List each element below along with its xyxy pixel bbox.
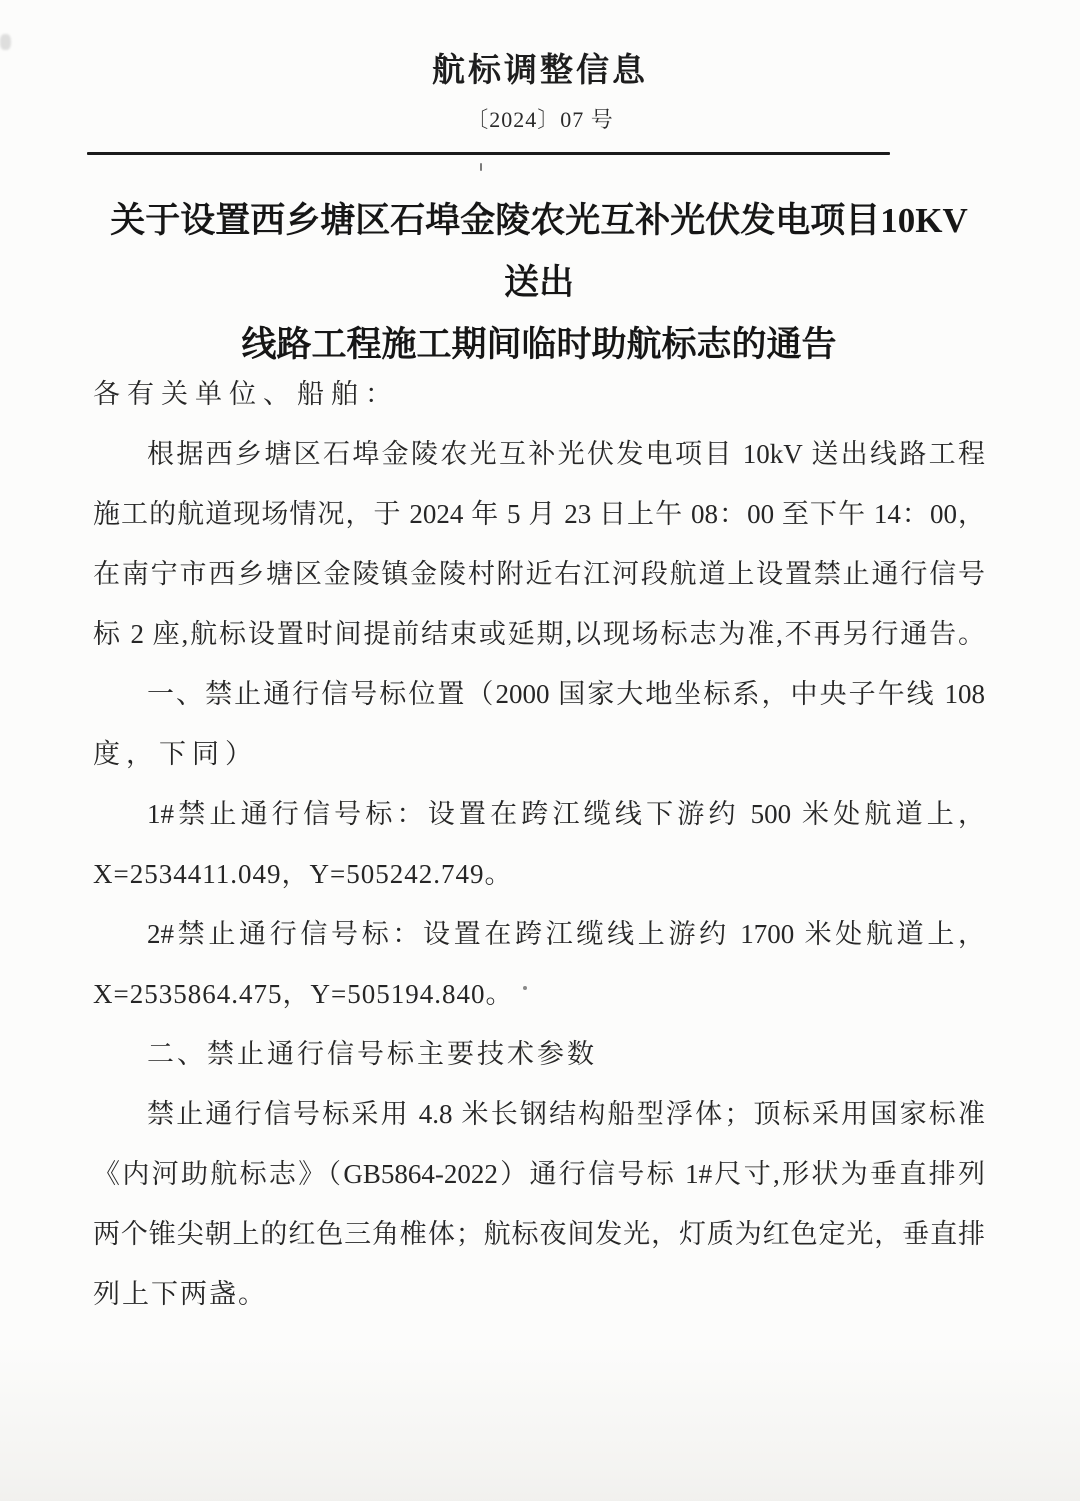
body-line-mark-2: 2#禁止通行信号标：设置在跨江缆线上游约 1700 米处航道上， xyxy=(93,904,985,964)
notice-title-line1: 关于设置西乡塘区石埠金陵农光互补光伏发电项目10KV送出 xyxy=(93,190,985,314)
scanned-notice-page: 航标调整信息 〔2024〕07 号 关于设置西乡塘区石埠金陵农光互补光伏发电项目… xyxy=(0,0,1080,1501)
body-line-mark-1: 1#禁止通行信号标：设置在跨江缆线下游约 500 米处航道上， xyxy=(93,784,985,844)
body-line: 根据西乡塘区石埠金陵农光互补光伏发电项目 10kV 送出线路工程 xyxy=(93,424,985,484)
body-line: 度，下同） xyxy=(93,724,985,784)
coordinates-mark-2: X=2535864.475，Y=505194.840。 xyxy=(93,964,985,1024)
notice-title: 关于设置西乡塘区石埠金陵农光互补光伏发电项目10KV送出 线路工程施工期间临时助… xyxy=(93,190,985,376)
body-line: 标 2 座,航标设置时间提前结束或延期,以现场标志为准,不再另行通告。 xyxy=(93,604,985,664)
scan-artifact-tick xyxy=(480,163,482,171)
body-line: 《内河助航标志》（GB5864-2022）通行信号标 1#尺寸,形状为垂直排列 xyxy=(93,1144,985,1204)
body-line-section-1: 一、禁止通行信号标位置（2000 国家大地坐标系，中央子午线 108 xyxy=(93,664,985,724)
body-line: 施工的航道现场情况，于 2024 年 5 月 23 日上午 08：00 至下午 … xyxy=(93,484,985,544)
body-line-section-2: 二、禁止通行信号标主要技术参数 xyxy=(93,1024,985,1084)
body-line: 在南宁市西乡塘区金陵镇金陵村附近右江河段航道上设置禁止通行信号 xyxy=(93,544,985,604)
masthead-title: 航标调整信息 xyxy=(0,48,1080,94)
masthead-divider-rule xyxy=(87,152,890,155)
issue-number: 〔2024〕07 号 xyxy=(0,104,1080,136)
body-line: 两个锥尖朝上的红色三角椎体；航标夜间发光，灯质为红色定光，垂直排 xyxy=(93,1204,985,1264)
notice-body: 各有关单位、船舶： 根据西乡塘区石埠金陵农光互补光伏发电项目 10kV 送出线路… xyxy=(93,364,985,1324)
scan-shading xyxy=(0,1341,1080,1501)
body-line: 列上下两盏。 xyxy=(93,1264,985,1324)
body-line: 禁止通行信号标采用 4.8 米长钢结构船型浮体；顶标采用国家标准 xyxy=(93,1084,985,1144)
coordinates-mark-1: X=2534411.049，Y=505242.749。 xyxy=(93,844,985,904)
salutation-line: 各有关单位、船舶： xyxy=(93,364,985,424)
